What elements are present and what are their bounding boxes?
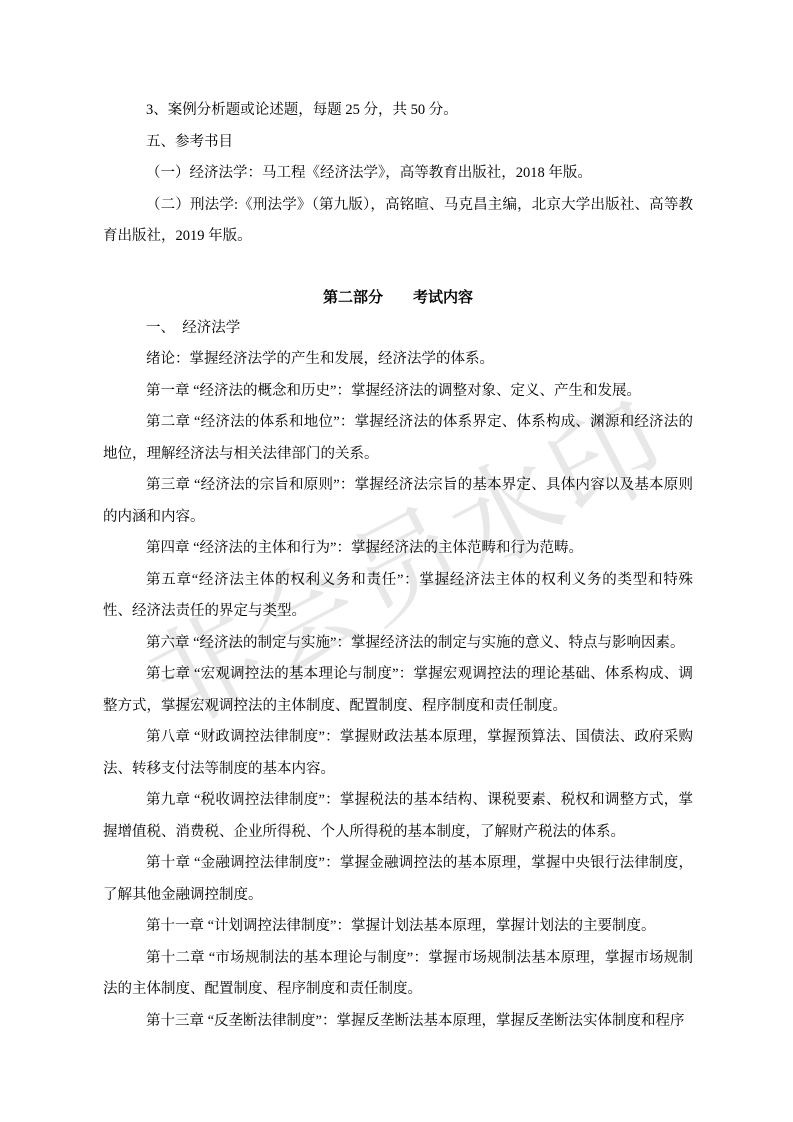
paragraph-reference-book-2: （二）刑法学:《刑法学》（第九版），高铭暄、马克昌主编，北京大学出版社、高等教育… bbox=[103, 190, 693, 253]
paragraph-chapter-5: 第五章“经济法主体的权利义务和责任”：掌握经济法主体的权利义务的类型和特殊性、经… bbox=[103, 565, 693, 628]
paragraph-chapter-1: 第一章 “经济法的概念和历史”：掌握经济法的调整对象、定义、产生和发展。 bbox=[103, 376, 693, 408]
paragraph-reference-books-heading: 五、参考书目 bbox=[103, 127, 693, 159]
paragraph-question-type-3: 3、案例分析题或论述题，每题 25 分，共 50 分。 bbox=[103, 95, 693, 127]
paragraph-chapter-8: 第八章 “财政调控法律制度”：掌握财政法基本原理，掌握预算法、国债法、政府采购法… bbox=[103, 722, 693, 785]
paragraph-introduction: 绪论：掌握经济法学的产生和发展，经济法学的体系。 bbox=[103, 344, 693, 376]
section-heading: 第二部分 考试内容 bbox=[103, 284, 693, 313]
paragraph-chapter-12: 第十二章 “市场规制法的基本理论与制度”：掌握市场规制法基本原理，掌握市场规制法… bbox=[103, 943, 693, 1006]
paragraph-chapter-7: 第七章 “宏观调控法的基本理论与制度”：掌握宏观调控法的理论基础、体系构成、调整… bbox=[103, 659, 693, 722]
paragraph-chapter-9: 第九章 “税收调控法律制度”：掌握税法的基本结构、课税要素、税权和调整方式，掌握… bbox=[103, 785, 693, 848]
paragraph-chapter-2: 第二章 “经济法的体系和地位”：掌握经济法的体系界定、体系构成、渊源和经济法的地… bbox=[103, 407, 693, 470]
paragraph-chapter-11: 第十一章 “计划调控法律制度”：掌握计划法基本原理，掌握计划法的主要制度。 bbox=[103, 911, 693, 943]
paragraph-chapter-13: 第十三章 “反垄断法律制度”：掌握反垄断法基本原理，掌握反垄断法实体制度和程序 bbox=[103, 1006, 693, 1038]
document-content: 3、案例分析题或论述题，每题 25 分，共 50 分。 五、参考书目 （一）经济… bbox=[0, 0, 793, 1037]
paragraph-chapter-4: 第四章 “经济法的主体和行为”：掌握经济法的主体范畴和行为范畴。 bbox=[103, 533, 693, 565]
paragraph-chapter-3: 第三章 “经济法的宗旨和原则”：掌握经济法宗旨的基本界定、具体内容以及基本原则的… bbox=[103, 470, 693, 533]
paragraph-chapter-10: 第十章 “金融调控法律制度”：掌握金融调控法的基本原理，掌握中央银行法律制度，了… bbox=[103, 848, 693, 911]
paragraph-chapter-6: 第六章 “经济法的制定与实施”：掌握经济法的制定与实施的意义、特点与影响因素。 bbox=[103, 628, 693, 660]
document-page: 非会员水印 3、案例分析题或论述题，每题 25 分，共 50 分。 五、参考书目… bbox=[0, 0, 793, 1122]
paragraph-subject-economic-law: 一、 经济法学 bbox=[103, 313, 693, 345]
paragraph-reference-book-1: （一）经济法学：马工程《经济法学》，高等教育出版社，2018 年版。 bbox=[103, 158, 693, 190]
